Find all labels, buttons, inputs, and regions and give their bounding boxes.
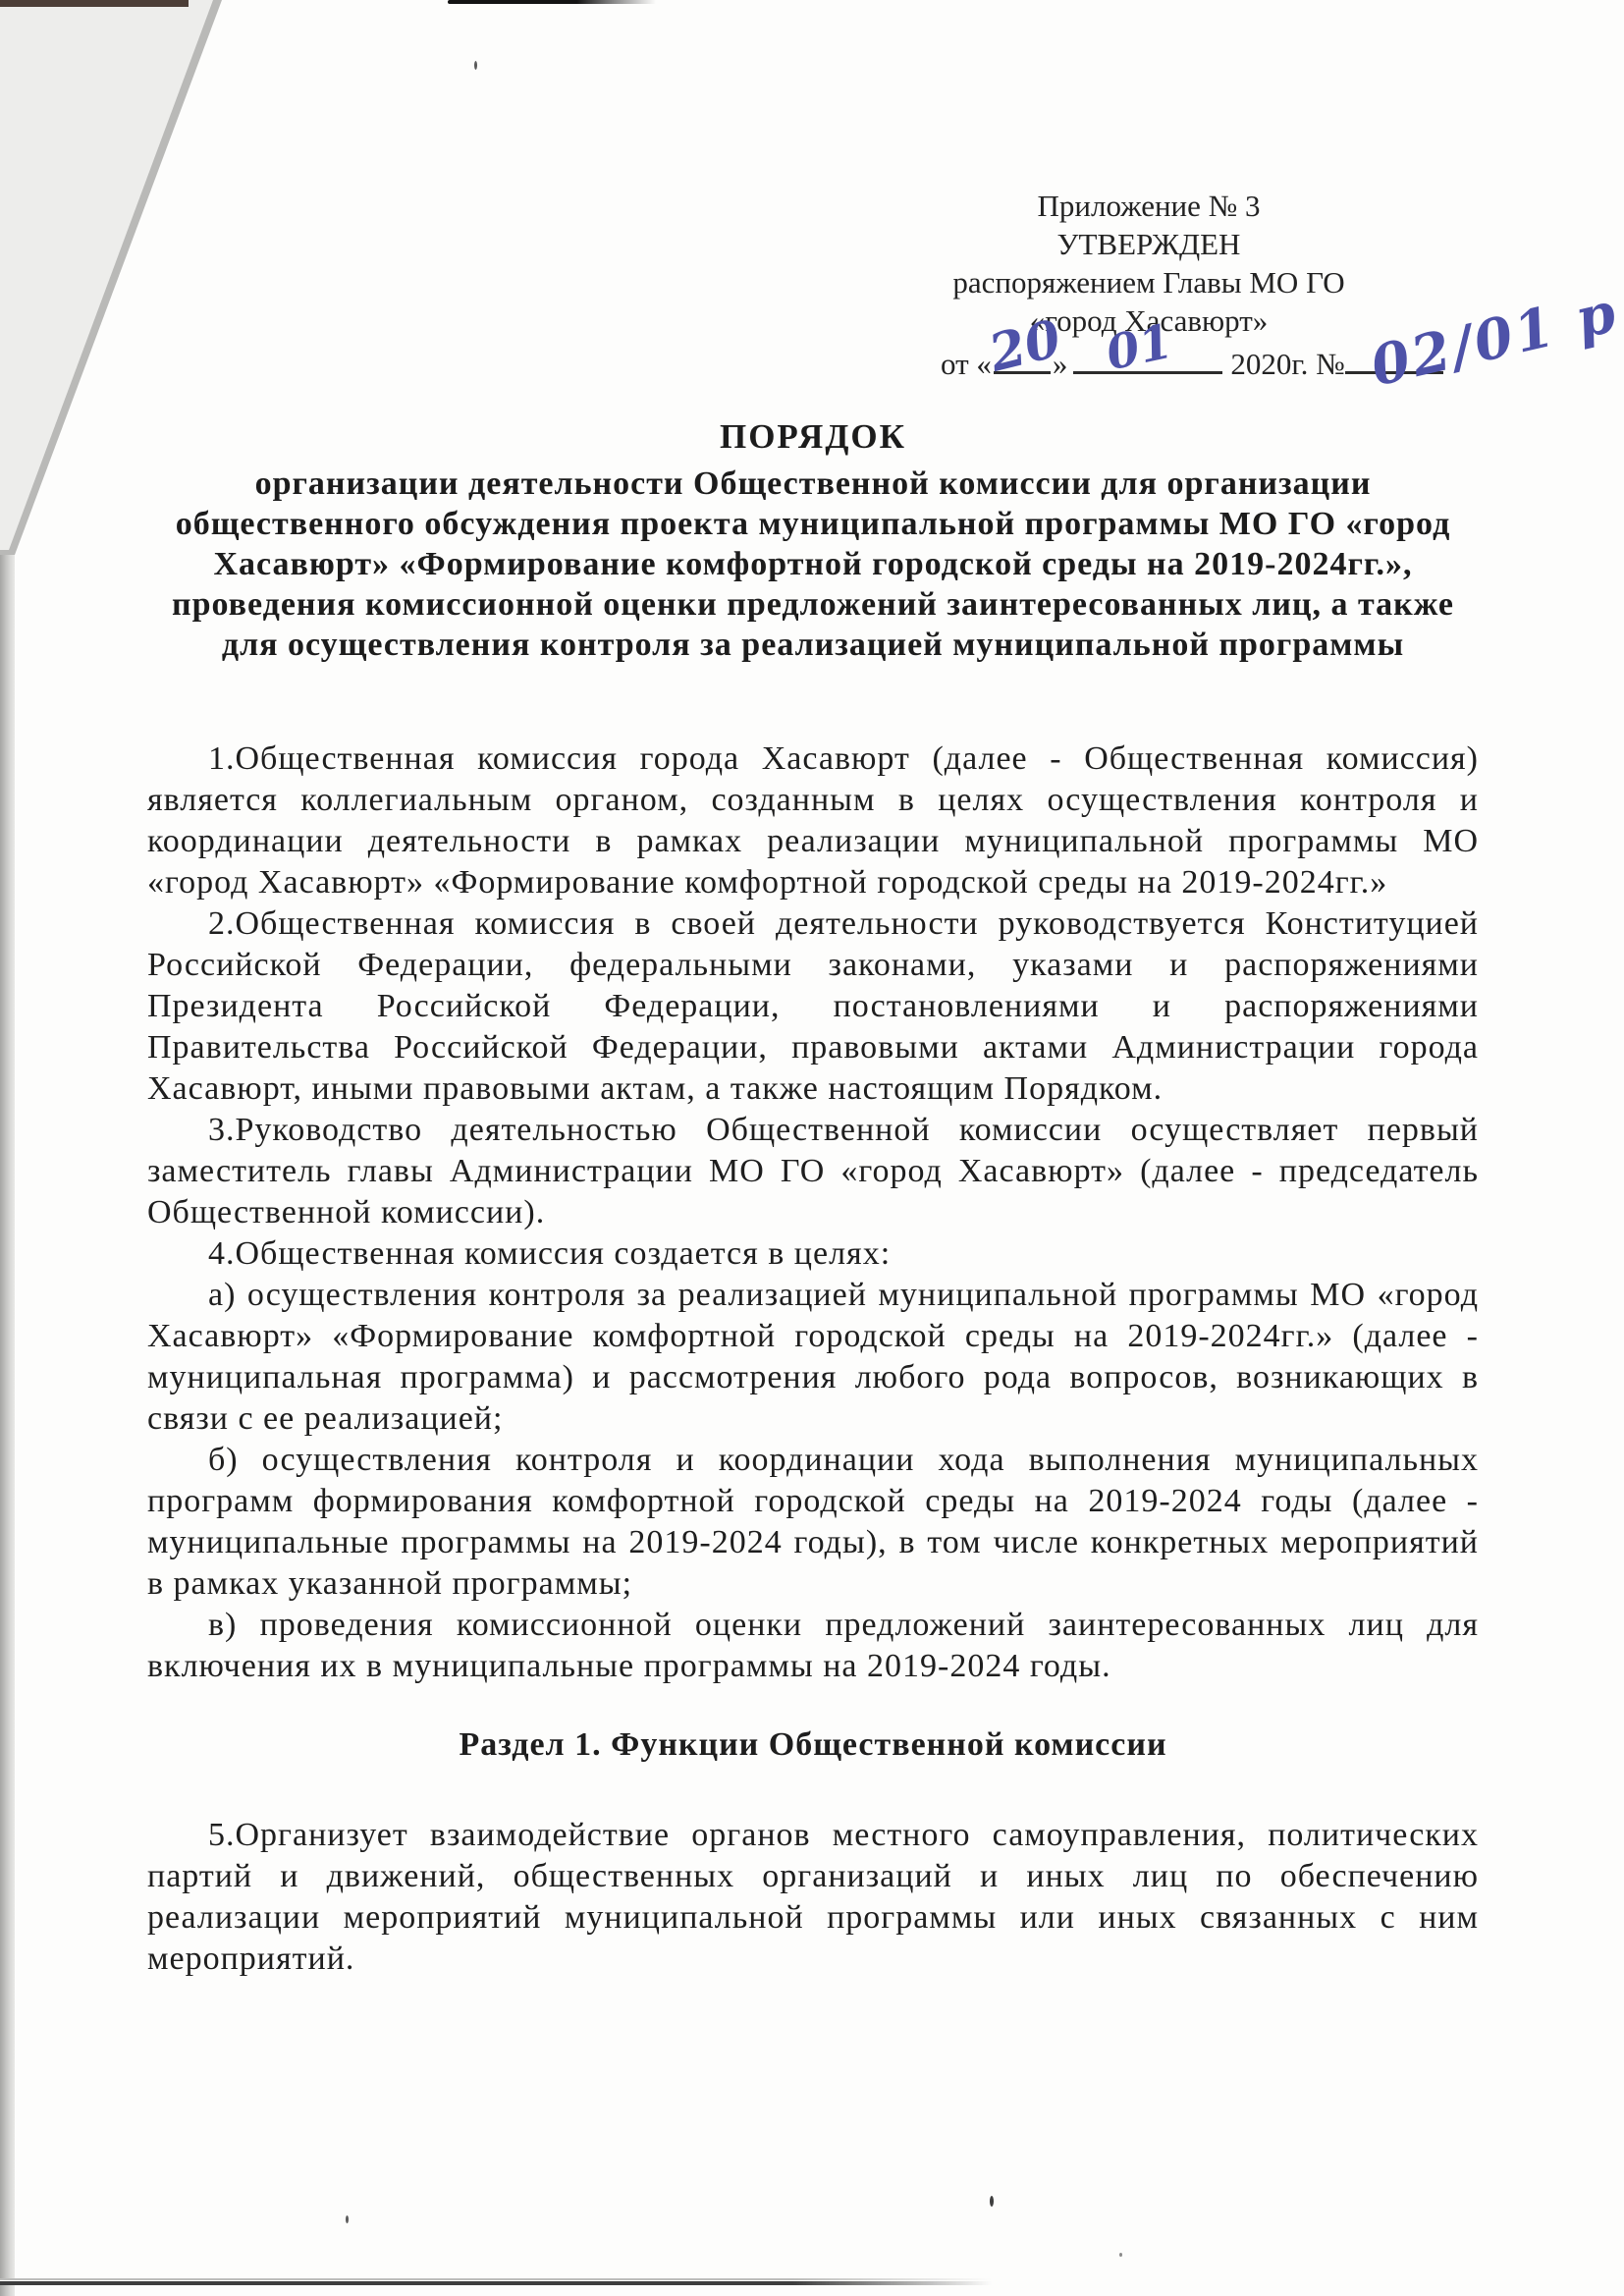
scan-bottom-line xyxy=(0,2278,992,2285)
paragraph-1: 1.Общественная комиссия города Хасавюрт … xyxy=(147,738,1479,903)
approval-block: Приложение № 3 УТВЕРЖДЕН распоряжением Г… xyxy=(864,187,1434,340)
order-line: распоряжением Главы МО ГО xyxy=(864,263,1434,301)
date-day-blank: 20 xyxy=(994,338,1051,374)
date-prefix: от « xyxy=(941,347,992,381)
paragraph-4: 4.Общественная комиссия создается в целя… xyxy=(147,1233,1479,1275)
date-year-label: 2020г. № xyxy=(1230,347,1344,381)
date-close-quote: » xyxy=(1053,347,1068,381)
date-month-blank: 01 xyxy=(1073,338,1222,374)
paragraph-4b: б) осуществления контроля и координации … xyxy=(147,1440,1479,1605)
paragraph-5: 5.Организует взаимодействие органов мест… xyxy=(147,1815,1479,1980)
scan-top-dark-strip xyxy=(0,0,189,7)
scan-speck xyxy=(990,2196,994,2207)
document-body: 1.Общественная комиссия города Хасавюрт … xyxy=(147,738,1479,1980)
scan-speck xyxy=(474,61,477,70)
scan-top-mark xyxy=(448,0,656,4)
document-title: ПОРЯДОК xyxy=(147,416,1479,458)
approved-line: УТВЕРЖДЕН xyxy=(864,225,1434,263)
section-1-heading: Раздел 1. Функции Общественной комиссии xyxy=(147,1724,1479,1766)
city-line: «город Хасавюрт» xyxy=(864,301,1434,340)
scanned-document-page: Приложение № 3 УТВЕРЖДЕН распоряжением Г… xyxy=(0,0,1624,2296)
appendix-number-line: Приложение № 3 xyxy=(864,187,1434,225)
scan-speck xyxy=(346,2215,349,2223)
date-line: от «20»012020г. № 02/01 р. xyxy=(941,338,1608,382)
scan-speck xyxy=(1119,2253,1122,2257)
paragraph-4a: а) осуществления контроля за реализацией… xyxy=(147,1275,1479,1440)
document-subtitle: организации деятельности Общественной ко… xyxy=(147,464,1479,665)
paragraph-4v: в) проведения комиссионной оценки предло… xyxy=(147,1605,1479,1687)
paragraph-3: 3.Руководство деятельностью Общественной… xyxy=(147,1110,1479,1233)
paragraph-2: 2.Общественная комиссия в своей деятельн… xyxy=(147,903,1479,1110)
date-number-blank xyxy=(1345,338,1443,374)
title-block: ПОРЯДОК организации деятельности Обществ… xyxy=(147,416,1479,665)
